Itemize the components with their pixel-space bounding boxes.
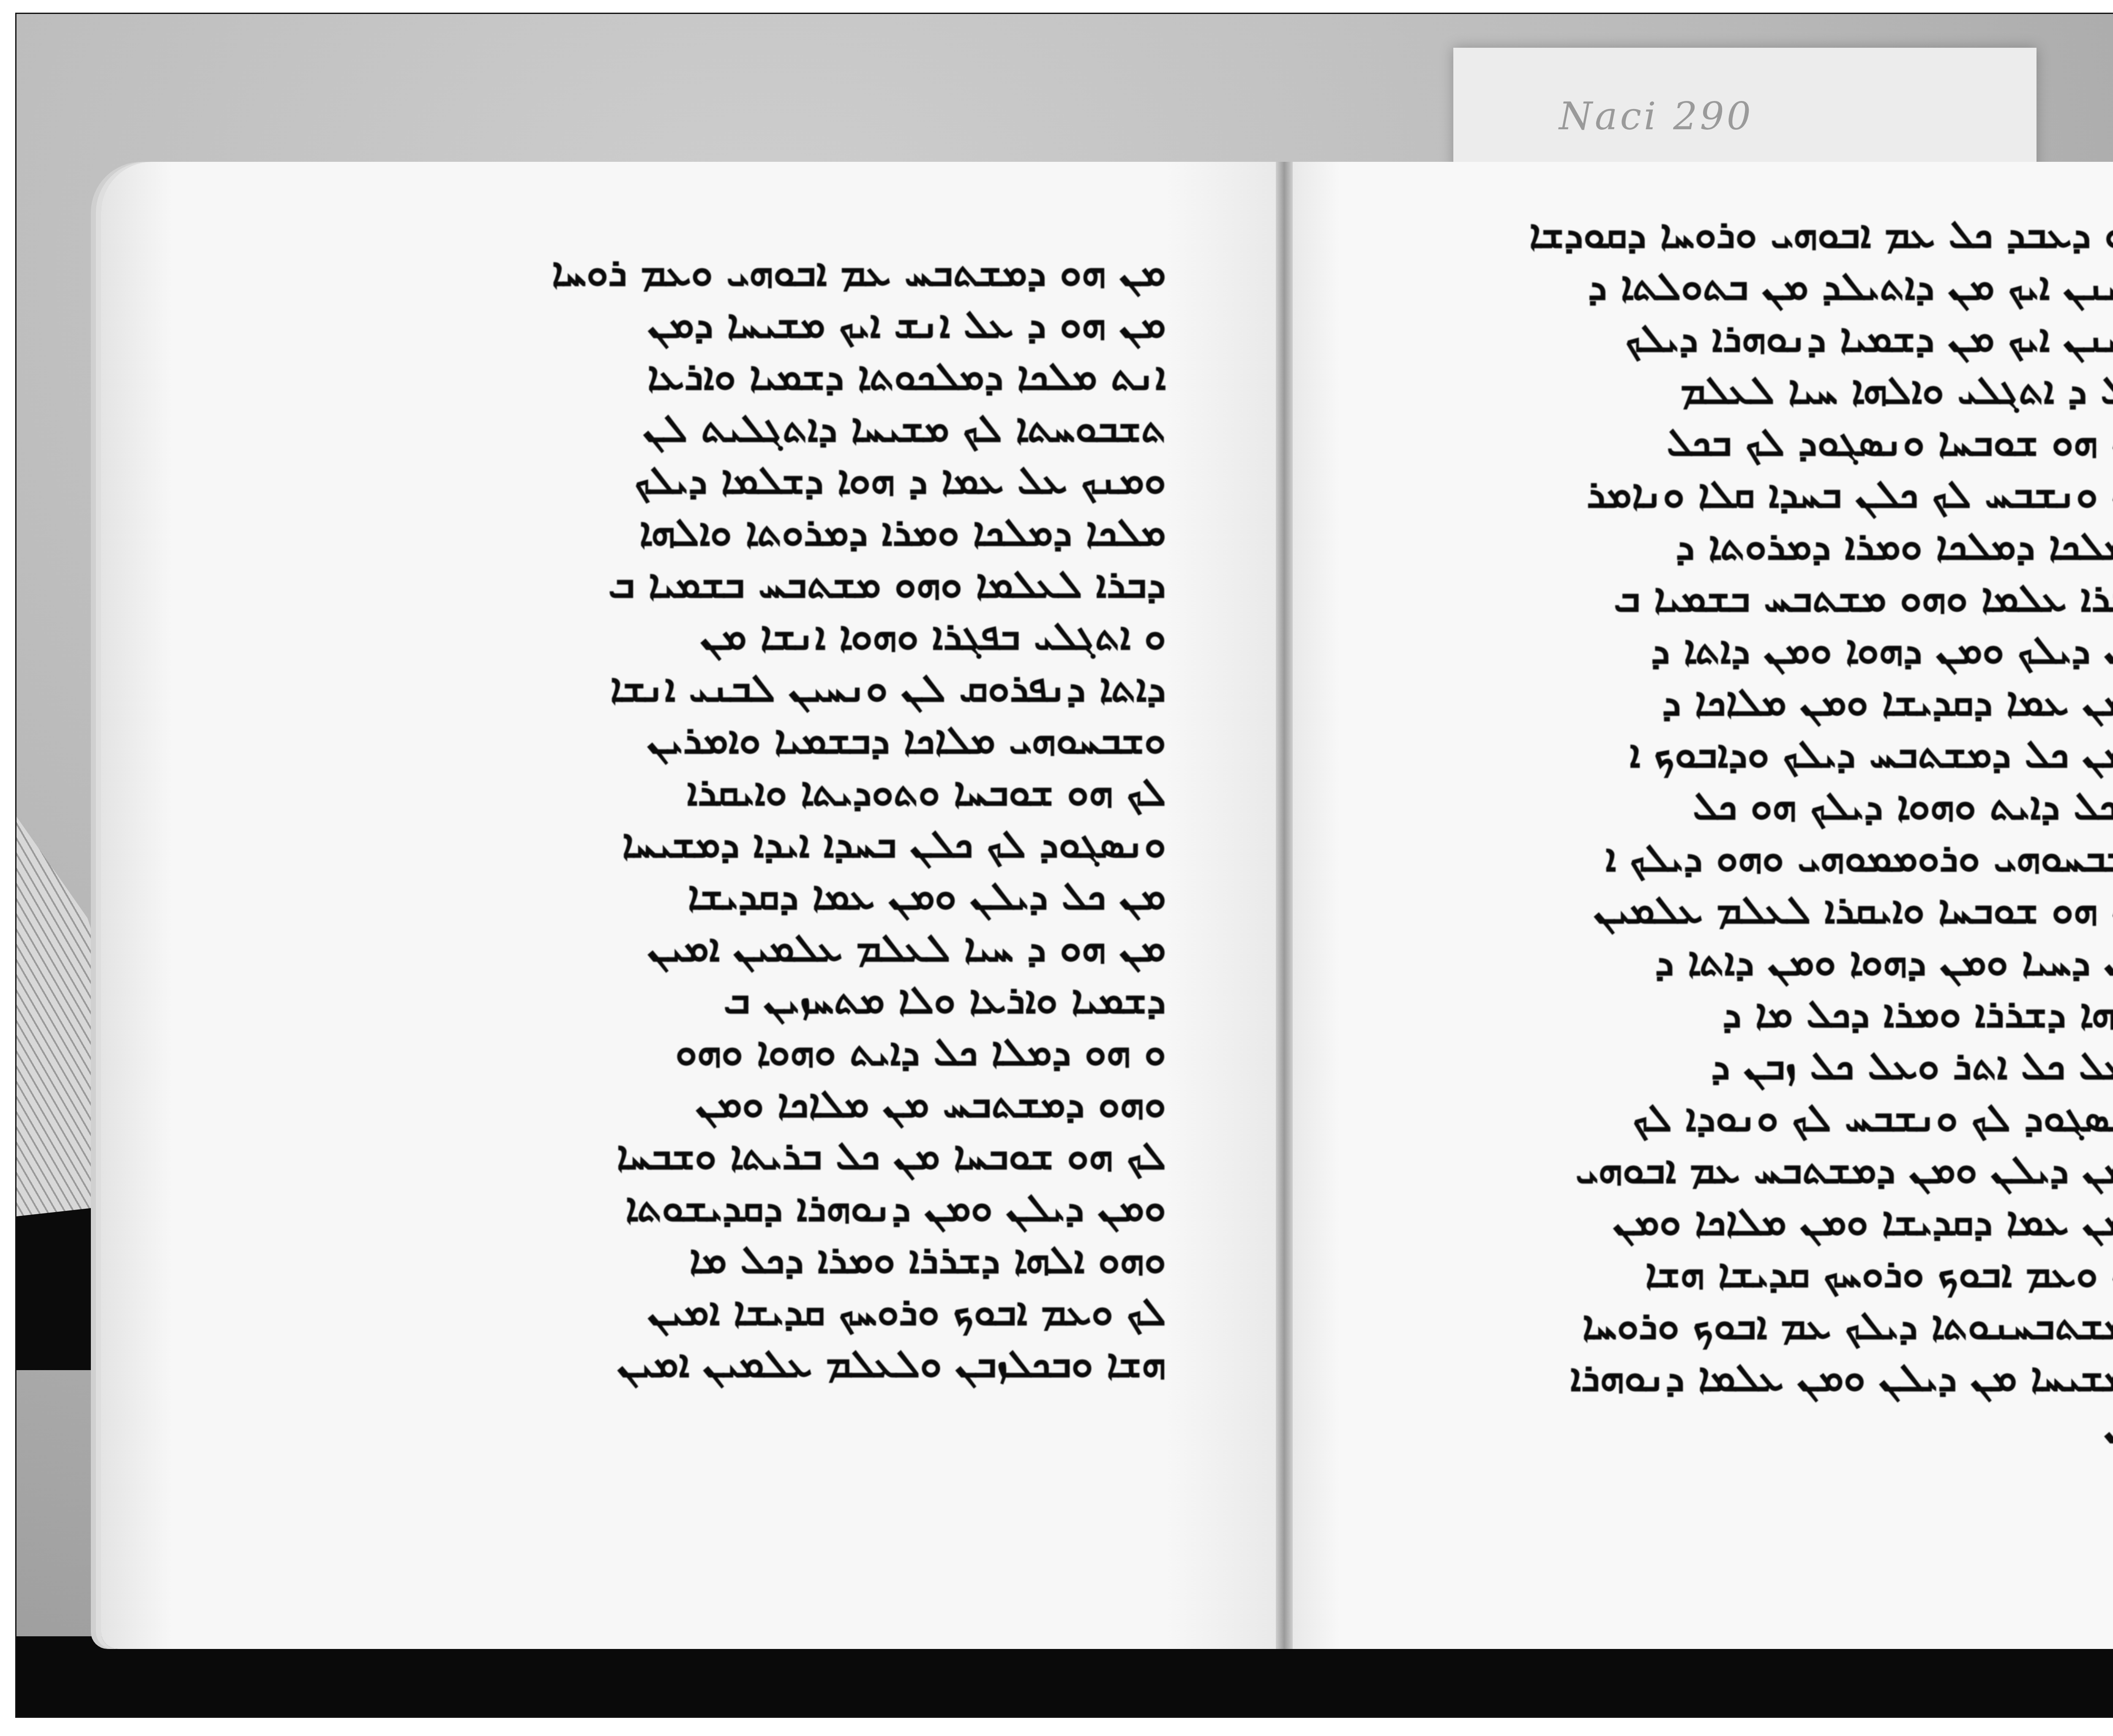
open-book: ܡܢ ܗܘ ܕܡܫܬܒܚ ܥܡ ܐܒܘܗܝ ܘܥܡ ܪܘܚܐ ܡܢ ܗܘ ܕ ܥ… (101, 162, 2113, 1649)
text-line: ܬܫܒܘܚܬܐ ܠܟ ܡܫܝܚܐ ܕܐܬܓܠܝܬ ܠܢ (376, 402, 1166, 454)
text-line: ܡܢ ܕܝܠܟ ܘܡܢ ܕܗܘܐ ܘܡܢ ܕܐܬܐ ܕ (1365, 624, 2113, 676)
text-line: ܡܢ ܗܘ ܕ ܥܠ ܐܢܫ ܐܝܟ ܡܫܝܚܐ ܕܡܢ (376, 298, 1166, 350)
text-line: ܘ ܗܘ ܕܡܠܐ ܟܠ ܕܐܝܬ ܘܗܘܐ ܘܗܘ (376, 1026, 1166, 1078)
text-line: ܘܥܠ ܟܠ ܐܬܪ ܘܥܠ ܟܠ ܙܒܢ ܕ (1365, 1040, 2113, 1092)
text-line: ܘܢܣܓܘܕ ܠܟ ܟܠܢ ܒܚܕܐ ܐܝܕܐ ܕܡܫܝܚܐ (376, 818, 1166, 870)
text-line: ܡܢ ܗܘ ܕܡܫܬܒܚ ܥܡ ܐܒܘܗܝ ܘܥܡ ܪܘܚܐ (376, 246, 1166, 298)
text-line: ܡܢ ܟܠ ܕܝܠܢ ܘܡܢ ܥܡܐ ܕܩܕܝܫܐ (376, 870, 1166, 922)
text-line: ܕ ܟܠ ܕܐܝܬ ܘܗܘܐ ܕܝܠܟ ܗܘ ܟܠ (1365, 780, 2113, 832)
text-line: ܕܐܬܐ ܕܢܦܪܘܩ ܠܢ ܘܢܚܝܢ ܠܒܢܝ ܐܢܫܐ (376, 662, 1166, 714)
text-line: ܠܟ ܗܘ ܫܘܒܚܐ ܡܢ ܟܠ ܒܪܝܬܐ ܘܫܒܚܐ (376, 1130, 1166, 1182)
text-line: ܠܟ ܗܘ ܫܘܒܚܐ ܘܐܝܩܪܐ ܠܥܠܡ ܥܠܡܝܢ (1365, 884, 2113, 936)
text-line: ܕܫܡܝܐ ܘܐܪܥܐ ܘܠܐ ܡܬܚܙܝܢ ܒ (376, 974, 1166, 1026)
left-page-text: ܡܢ ܗܘ ܕܡܫܬܒܚ ܥܡ ܐܒܘܗܝ ܘܥܡ ܪܘܚܐ ܡܢ ܗܘ ܕ ܥ… (376, 246, 1166, 1390)
text-line: ܘܢܣܓܘܕ ܠܟ ܘܢܫܒܚ ܠܟ ܘܢܘܕܐ ܠܟ (1365, 1092, 2113, 1144)
text-line: ܘܡܢ ܕܝܠܢ ܘܡܢ ܕܢܘܗܪܐ ܕܩܕܝܫܘܬܐ (376, 1182, 1166, 1234)
shelfmark-label-card: Naci 290 (1453, 48, 2037, 174)
text-line: ܕܒܪܐ ܥܠܡܐ ܘܗܘ ܡܫܬܒܚ ܒܫܡܝܐ ܒ (1365, 572, 2113, 624)
text-line: ܘܚܢܢ ܐܝܟ ܡܢ ܕܐܬܝܠܕ ܡܢ ܒܬܘܠܬܐ ܕ (1365, 260, 2113, 312)
book-gutter (1276, 162, 1293, 1649)
text-line: ܐܠܗܐ ܕܫܪܪܐ ܘܡܪܐ ܕܟܠ ܡܐ ܕ (1365, 988, 2113, 1040)
text-line: ܡܢ ܗܘ ܕ ܚܝܐ ܠܥܠܡ ܥܠܡܝܢ ܐܡܝܢ (376, 922, 1166, 974)
text-line: ܘܫܒܚܘܗܝ ܡܠܐܟܐ ܕܒܫܡܝܐ ܘܐܡܪܝܢ (376, 714, 1166, 766)
text-line: ܠܟ ܘܥܡ ܐܒܘܟ ܘܪܘܚܟ ܩܕܝܫܐ ܗܫܐ (1365, 1248, 2113, 1300)
manuscript-photograph: Naci 290 ܡܢ ܗܘ ܕܡܫܬܒܚ ܥܡ ܐܒܘܗܝ ܘܥܡ ܪܘܚܐ … (15, 13, 2113, 1718)
text-line: ܘܡܢ ܟܠ ܕܡܫܬܒܚ ܕܝܠܟ ܘܕܐܒܘܟ ܐ (1365, 728, 2113, 780)
shelfmark-label: Naci 290 (1559, 94, 1753, 139)
text-line: ܘܡܠܟܐ ܕܡܠܟܐ ܘܡܪܐ ܕܡܪܘܬܐ ܕ (1365, 520, 2113, 572)
text-line: ܠܟ ܘܥܡ ܐܒܘܟ ܘܪܘܚܟ ܩܕܝܫܐ ܐܡܝܢ (376, 1286, 1166, 1338)
text-line: ܡܢ (1365, 1404, 2113, 1455)
text-line: ܘܡܢ ܕܝܠܢ ܘܡܢ ܕܡܫܬܒܚ ܥܡ ܐܒܘܗܝ (1365, 1144, 2113, 1196)
text-line: ܘܚܢܢ ܐܝܟ ܡܢ ܕܫܡܝܐ ܕܢܘܗܪܐ ܕܝܠܟ (1365, 312, 2113, 364)
text-line: ܘܡܢ ܥܡܐ ܕܩܕܝܫܐ ܘܡܢ ܡܠܐܟܐ ܘܡܢ (1365, 1196, 2113, 1248)
text-line: ܥܠ ܕ ܐܬܓܠܝ ܘܐܠܗܐ ܚܝܐ ܠܥܠܡ (1365, 364, 2113, 416)
text-line: ܘܡܢܟ ܥܠ ܥܡܐ ܕ ܗܘܐ ܕܫܠܡܐ ܕܝܠܟ (376, 454, 1166, 506)
text-line: ܠܟ ܗܘ ܫܘܒܚܐ ܘܢܣܓܘܕ ܠܟ ܒܟܠ (1365, 416, 2113, 468)
text-line: ܐܢܬ ܡܠܟܐ ܕܡܠܟܘܬܐ ܕܫܡܝܐ ܘܐܪܥܐ (376, 350, 1166, 402)
text-line: ܘ ܐܬܓܠܝ ܒܦܓܪܐ ܘܗܘܐ ܐܢܫܐ ܡܢ (376, 610, 1166, 662)
right-page-text: ܗܘ ܕܥܒܕ ܟܠ ܥܡ ܐܒܘܗܝ ܘܪܘܚܐ ܕܩܘܕܫܐ ܘܚܢܢ ܐܝ… (1365, 208, 2113, 1455)
text-line: ܠܟ ܘܢܫܒܚ ܠܟ ܟܠܢ ܒܚܕܐ ܩܠܐ ܘܢܐܡܪ (1365, 468, 2113, 520)
text-line: ܘܫܒܚܘܗܝ ܘܪܘܡܡܘܗܝ ܘܗܘ ܕܝܠܟ ܐ (1365, 832, 2113, 884)
text-line: ܗܘ ܕܥܒܕ ܟܠ ܥܡ ܐܒܘܗܝ ܘܪܘܚܐ ܕܩܘܕܫܐ (1365, 208, 2113, 260)
text-line: ܘܡܫܬܒܚܢܘܬܐ ܕܝܠܟ ܥܡ ܐܒܘܟ ܘܪܘܚܐ (1365, 1300, 2113, 1352)
text-line: ܠܟ ܗܘ ܫܘܒܚܐ ܘܬܘܕܝܬܐ ܘܐܝܩܪܐ (376, 766, 1166, 818)
text-line: ܘܡܫܝܚܐ ܡܢ ܕܝܠܢ ܘܡܢ ܥܠܡܐ ܕܢܘܗܪܐ (1365, 1352, 2113, 1404)
text-line: ܘܡܢ ܥܡܐ ܕܩܕܝܫܐ ܘܡܢ ܡܠܐܟܐ ܕ (1365, 676, 2113, 728)
text-line: ܕܒܪܐ ܠܥܠܡܐ ܘܗܘ ܡܫܬܒܚ ܒܫܡܝܐ ܒ (376, 558, 1166, 610)
text-line: ܡܠܟܐ ܕܡܠܟܐ ܘܡܪܐ ܕܡܪܘܬܐ ܘܐܠܗܐ (376, 506, 1166, 558)
text-line: ܡܢ ܕܚܝܐ ܘܡܢ ܕܗܘܐ ܘܡܢ ܕܐܬܐ ܕ (1365, 936, 2113, 988)
text-line: ܗܫܐ ܘܒܟܠܙܒܢ ܘܠܥܠܡ ܥܠܡܝܢ ܐܡܝܢ (376, 1338, 1166, 1390)
text-line: ܘܗܘ ܐܠܗܐ ܕܫܪܪܐ ܘܡܪܐ ܕܟܠ ܡܐ (376, 1234, 1166, 1286)
text-line: ܘܗܘ ܕܡܫܬܒܚ ܡܢ ܡܠܐܟܐ ܘܡܢ (376, 1078, 1166, 1130)
